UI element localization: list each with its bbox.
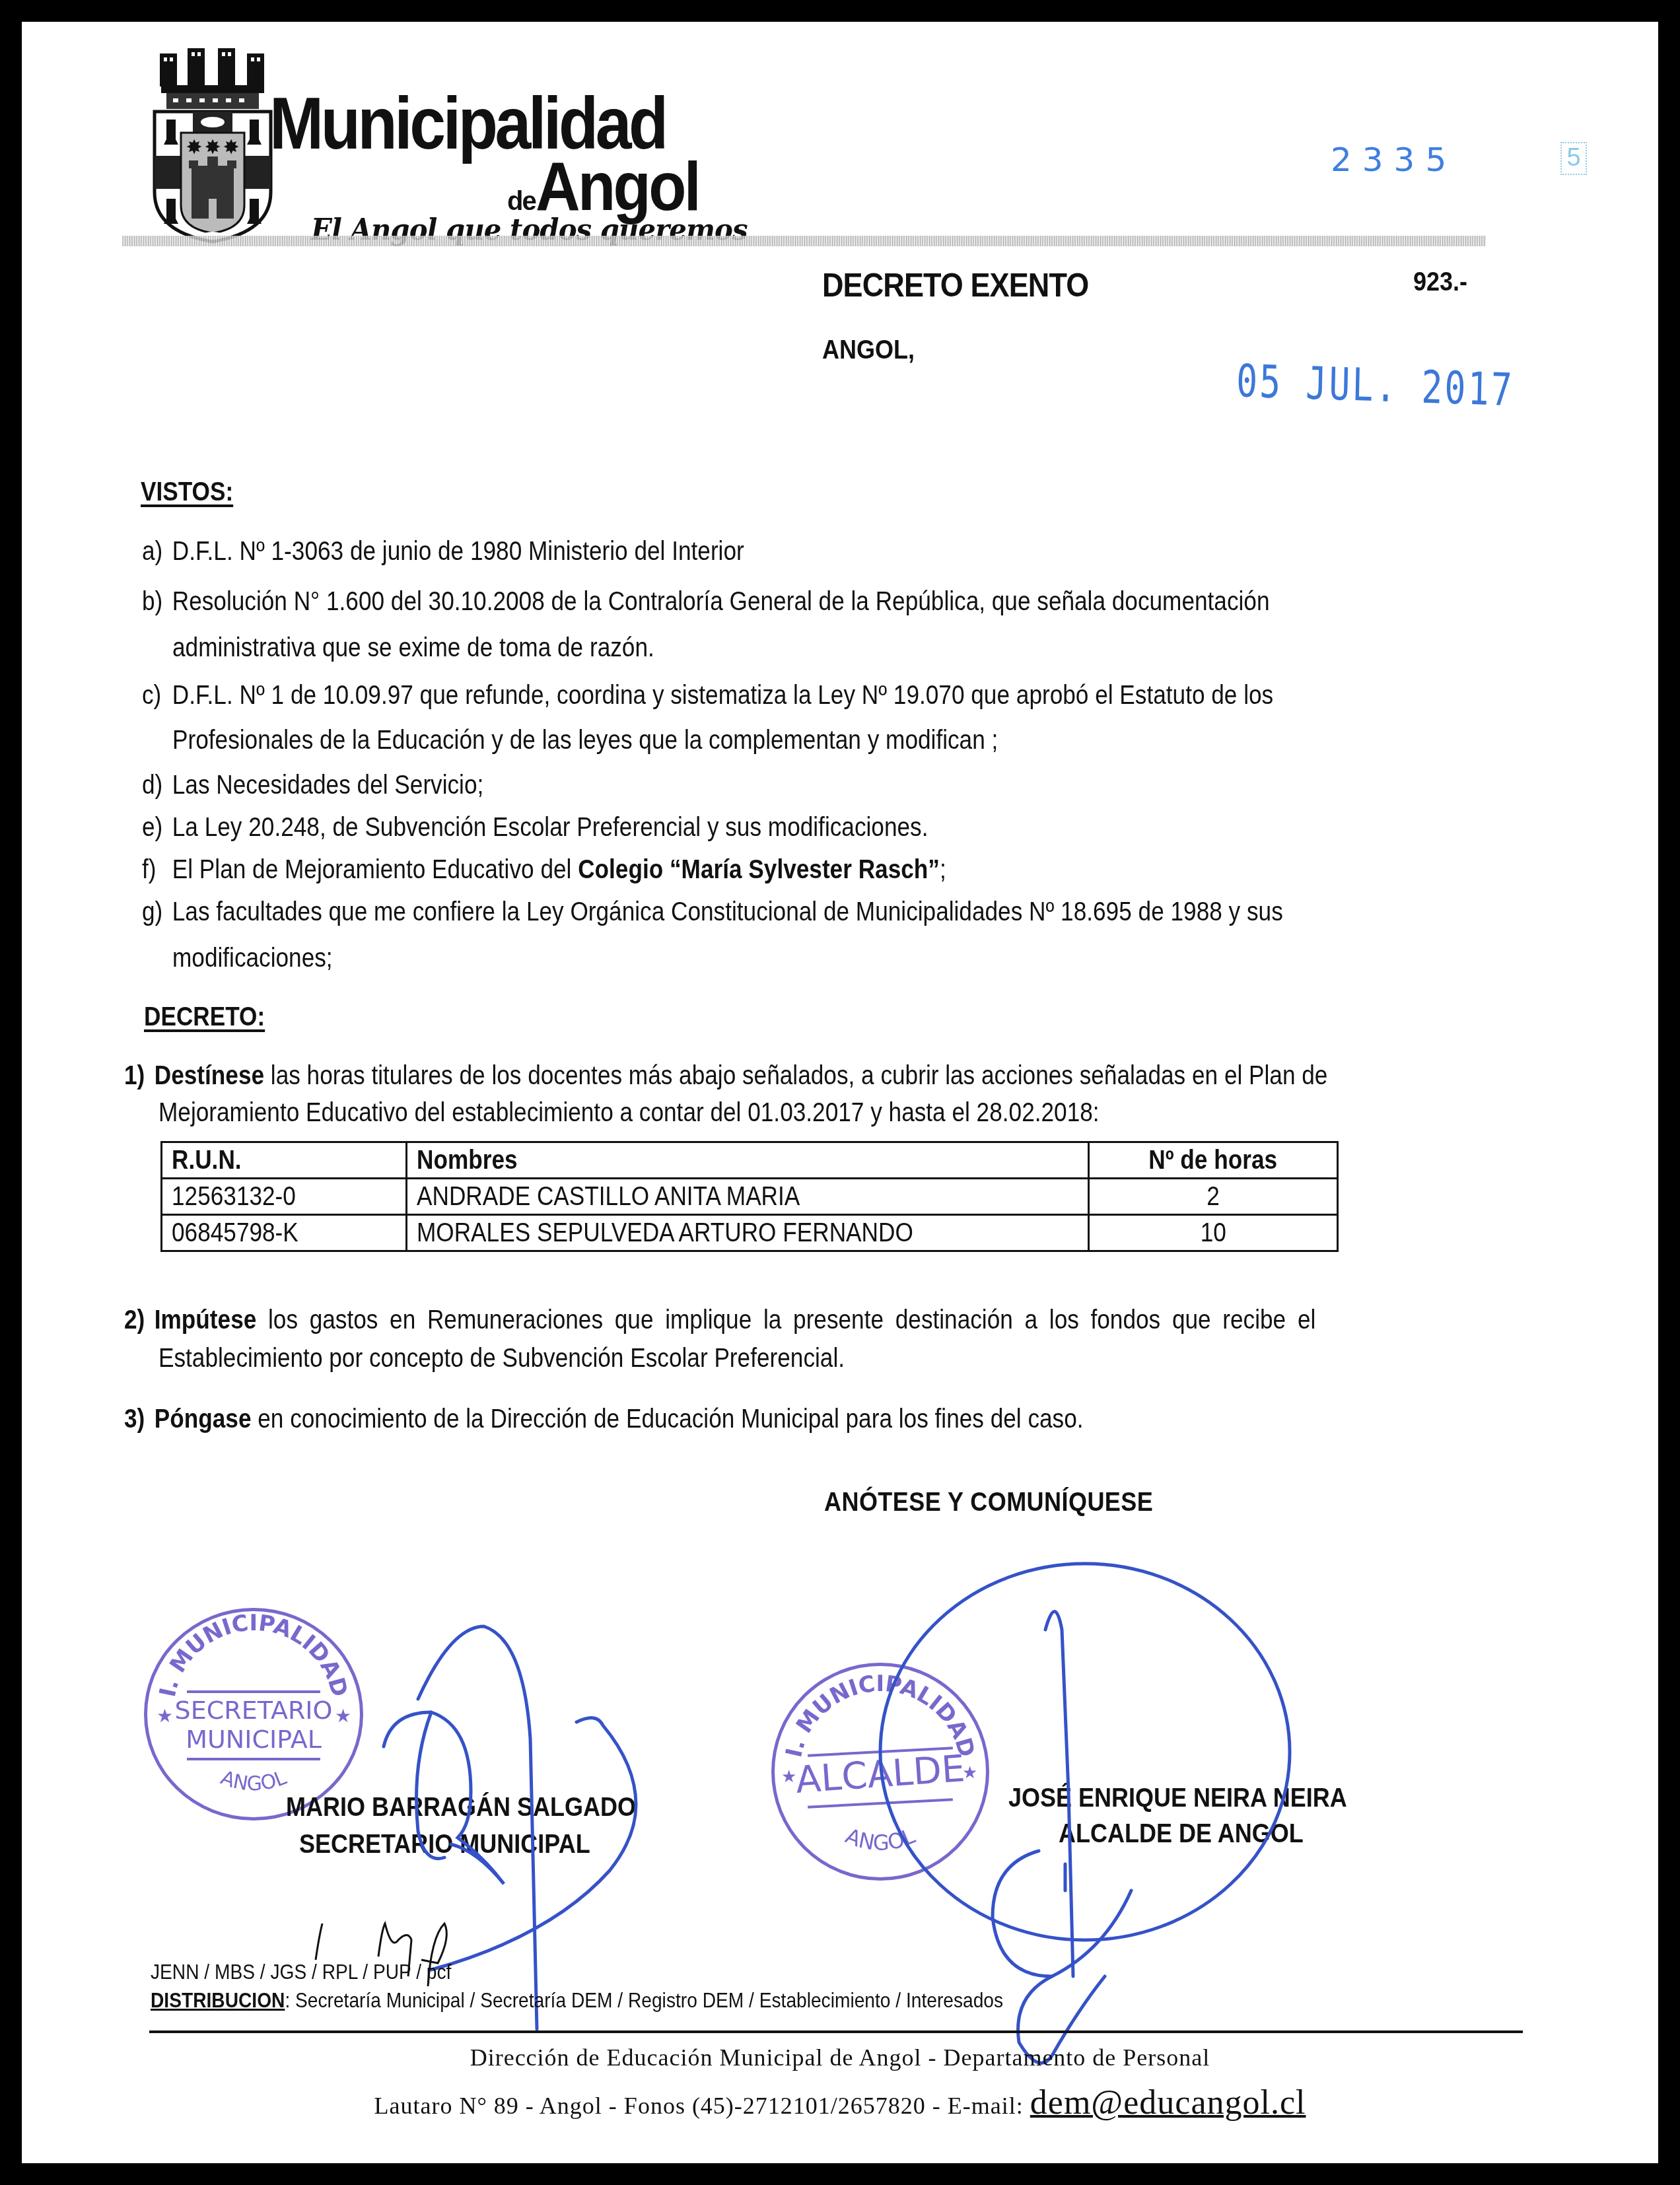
decree-city: ANGOL, [822, 335, 915, 365]
decreto-verb: Póngase [155, 1405, 252, 1434]
stamp-arc-bottom: ANGOL [842, 1823, 919, 1856]
distribution-label: DISTRIBUCION [151, 1988, 285, 2012]
vistos-item-text: La Ley 20.248, de Subvención Escolar Pre… [172, 813, 928, 842]
decree-page: ✸✸✸ Municipalidad deAngol El Angol que t… [22, 22, 1658, 2163]
column-header-hours: Nº de horas [1088, 1142, 1337, 1179]
vistos-item-e: e)La Ley 20.248, de Subvención Escolar P… [142, 812, 928, 843]
distribution-list: DISTRIBUCION: Secretaría Municipal / Sec… [151, 1988, 1003, 2013]
registry-mark: 5 [1560, 142, 1587, 175]
vistos-item-f: f)El Plan de Mejoramiento Educativo del … [142, 854, 946, 885]
vistos-item-a: a)D.F.L. Nº 1-3063 de junio de 1980 Mini… [142, 536, 744, 567]
svg-text:✸: ✸ [186, 136, 202, 159]
vistos-heading: VISTOS: [141, 477, 233, 507]
decreto-verb: Impútese [155, 1305, 257, 1335]
footer-divider [149, 2030, 1523, 2033]
brand-city-name: Angol [536, 153, 699, 221]
stamp-arc-text: I. MUNICIPALIDAD [155, 1611, 353, 1700]
vistos-item-g-continuation: modificaciones; [172, 942, 333, 974]
vistos-item-text: D.F.L. Nº 1 de 10.09.97 que refunde, coo… [172, 681, 1273, 710]
list-label: a) [142, 536, 172, 567]
vistos-item-text: El Plan de Mejoramiento Educativo del [172, 855, 578, 884]
list-label: 2) [124, 1304, 155, 1336]
stamp-arc-bottom: ANGOL [217, 1766, 289, 1796]
decreto-item-text: las horas titulares de los docentes más … [264, 1061, 1327, 1090]
decreto-item-1-continuation: Mejoramiento Educativo del establecimien… [158, 1097, 1100, 1128]
list-label: d) [142, 769, 172, 801]
email-link[interactable]: dem@educangol.cl [1030, 2084, 1306, 2122]
mayor-name: JOSÉ ENRIQUE NEIRA NEIRA [1008, 1784, 1347, 1813]
column-header-run: R.U.N. [162, 1142, 407, 1179]
vistos-item-c-continuation: Profesionales de la Educación y de las l… [172, 724, 998, 756]
footer-contact: Lautaro N° 89 - Angol - Fonos (45)-27121… [22, 2083, 1658, 2122]
decreto-item-text: los gastos en Remuneraciones que impliqu… [256, 1305, 1315, 1335]
closing-formula: ANÓTESE Y COMUNÍQUESE [824, 1488, 1153, 1517]
cell-run: 06845798-K [162, 1215, 407, 1251]
vistos-item-g: g)Las facultades que me confiere la Ley … [142, 896, 1283, 928]
list-label: 1) [124, 1060, 155, 1092]
vistos-item-b-continuation: administrativa que se exime de toma de r… [172, 632, 654, 664]
vistos-item-text: D.F.L. Nº 1-3063 de junio de 1980 Minist… [172, 537, 744, 566]
municipal-crest-logo: ✸✸✸ [147, 40, 279, 245]
initials: JENN / MBS / JGS / RPL / PUP / pcf [151, 1960, 451, 1984]
vistos-item-d: d)Las Necesidades del Servicio; [142, 769, 483, 801]
decree-title: DECRETO EXENTO [822, 266, 1088, 304]
secretary-name: MARIO BARRAGÁN SALGADO [286, 1793, 636, 1822]
stamp-center-text: ALCALDE [773, 1746, 987, 1803]
table-header-row: R.U.N. Nombres Nº de horas [162, 1142, 1338, 1179]
vistos-item-text: Las facultades que me confiere la Ley Or… [172, 897, 1283, 926]
teachers-table: R.U.N. Nombres Nº de horas 12563132-0 AN… [160, 1141, 1339, 1252]
list-label: e) [142, 812, 172, 843]
secretary-role: SECRETARIO MUNICIPAL [299, 1830, 590, 1859]
svg-text:✸: ✸ [204, 136, 221, 159]
decree-number: 923.- [1413, 267, 1467, 297]
vistos-item-text: Las Necesidades del Servicio; [172, 771, 484, 800]
stamp-line: MUNICIPAL [147, 1725, 360, 1754]
list-label: g) [142, 896, 172, 928]
footer-address: Lautaro N° 89 - Angol - Fonos (45)-27121… [374, 2093, 1024, 2119]
svg-text:ANGOL: ANGOL [217, 1766, 289, 1796]
decreto-heading: DECRETO: [144, 1002, 265, 1032]
school-name: Colegio “María Sylvester Rasch” [578, 855, 940, 884]
mayor-role: ALCALDE DE ANGOL [1059, 1819, 1304, 1849]
table-row: 06845798-K MORALES SEPULVEDA ARTURO FERN… [162, 1215, 1338, 1251]
list-label: b) [142, 586, 172, 617]
footer-department: Dirección de Educación Municipal de Ango… [22, 2044, 1658, 2071]
svg-text:ANGOL: ANGOL [842, 1823, 919, 1856]
stamp-line: SECRETARIO [147, 1696, 360, 1725]
brand-city: deAngol [507, 153, 717, 221]
decreto-item-2: 2)Impútese los gastos en Remuneraciones … [124, 1304, 1455, 1336]
stamp-rule [187, 1758, 320, 1760]
stamp-rule [187, 1690, 320, 1693]
vistos-item-c: c)D.F.L. Nº 1 de 10.09.97 que refunde, c… [142, 679, 1273, 711]
table-row: 12563132-0 ANDRADE CASTILLO ANITA MARIA … [162, 1179, 1338, 1215]
mayor-stamp: I. MUNICIPALIDAD ANGOL ★ ★ ALCALDE [771, 1663, 989, 1881]
svg-text:I. MUNICIPALIDAD: I. MUNICIPALIDAD [155, 1611, 353, 1700]
registry-number-stamp: 2335 [1331, 141, 1457, 179]
list-label: 3) [124, 1403, 155, 1435]
vistos-item-b: b)Resolución N° 1.600 del 30.10.2008 de … [142, 586, 1270, 617]
distribution-recipients: : Secretaría Municipal / Secretaría DEM … [285, 1988, 1003, 2012]
date-stamp: 05 JUL. 2017 [1236, 355, 1514, 417]
header-divider [122, 236, 1486, 246]
cell-run: 12563132-0 [162, 1179, 407, 1215]
cell-name: MORALES SEPULVEDA ARTURO FERNANDO [407, 1215, 1089, 1251]
column-header-names: Nombres [407, 1142, 1089, 1179]
cell-hours: 10 [1088, 1215, 1337, 1251]
decreto-item-3: 3)Póngase en conocimiento de la Direcció… [124, 1403, 1084, 1435]
list-label: f) [142, 854, 172, 885]
svg-text:✸: ✸ [223, 136, 239, 159]
decreto-item-2-continuation: Establecimiento por concepto de Subvenci… [158, 1342, 845, 1374]
stamp-rule [808, 1798, 953, 1809]
brand-de: de [507, 187, 536, 216]
secretary-stamp: I. MUNICIPALIDAD ANGOL ★ ★ SECRETARIO MU… [144, 1608, 363, 1821]
vistos-item-text-end: ; [940, 855, 946, 884]
cell-name: ANDRADE CASTILLO ANITA MARIA [407, 1179, 1089, 1215]
decreto-item-text: en conocimiento de la Dirección de Educa… [251, 1405, 1083, 1434]
decreto-item-1: 1)Destínese las horas titulares de los d… [124, 1060, 1327, 1092]
decreto-verb: Destínese [155, 1061, 264, 1090]
list-label: c) [142, 679, 172, 711]
vistos-item-text: Resolución N° 1.600 del 30.10.2008 de la… [172, 587, 1270, 616]
cell-hours: 2 [1088, 1179, 1337, 1215]
